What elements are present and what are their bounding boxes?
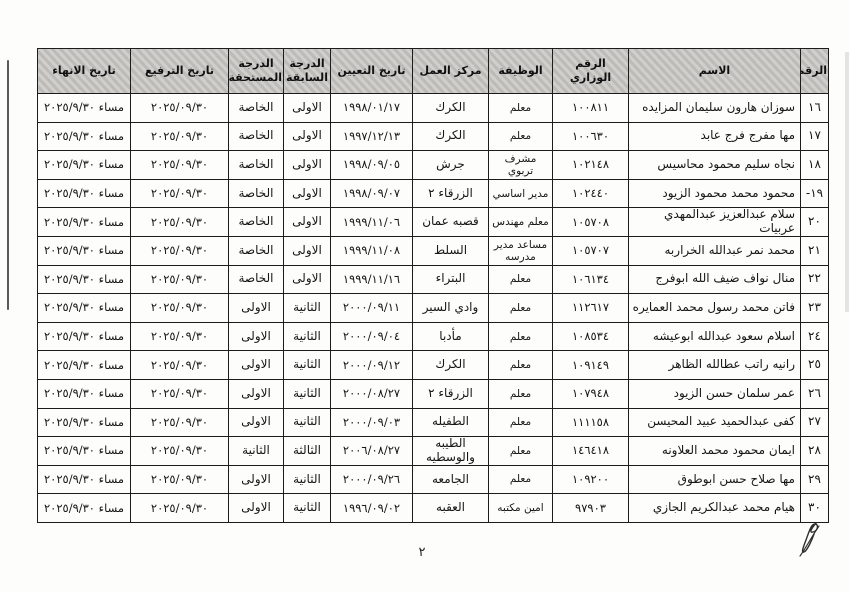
cell-appointment-date: ٢٠٠٠/٠٩/٠٤ bbox=[331, 322, 413, 351]
cell-due-grade: الخاصة bbox=[229, 179, 284, 208]
cell-number: ٢٨ bbox=[801, 437, 829, 466]
cell-promotion-date: ٢٠٢٥/٠٩/٣٠ bbox=[131, 351, 229, 380]
cell-name: رانيه راتب عطالله الظاهر bbox=[629, 351, 801, 380]
cell-ministerial-no: ١٠٥٧٠٨ bbox=[553, 208, 629, 237]
cell-number: ٢٩ bbox=[801, 465, 829, 494]
cell-work-center: جرش bbox=[413, 151, 489, 180]
cell-end-date: مساء ٢٠٢٥/٩/٣٠ bbox=[38, 351, 131, 380]
cell-due-grade: الخاصة bbox=[229, 94, 284, 123]
cell-number: ٢٤ bbox=[801, 322, 829, 351]
cell-previous-grade: الاولى bbox=[284, 122, 331, 151]
cell-due-grade: الخاصة bbox=[229, 236, 284, 265]
cell-work-center: السلط bbox=[413, 236, 489, 265]
cell-appointment-date: ٢٠٠٦/٠٨/٢٧ bbox=[331, 437, 413, 466]
cell-job: امين مكتبه bbox=[489, 494, 553, 523]
cell-ministerial-no: ١٠٨٥٣٤ bbox=[553, 322, 629, 351]
cell-job: معلم bbox=[489, 408, 553, 437]
cell-promotion-date: ٢٠٢٥/٠٩/٣٠ bbox=[131, 379, 229, 408]
cell-name: كفى عبدالحميد عبيد المحيسن bbox=[629, 408, 801, 437]
cell-work-center: الزرقاء ٢ bbox=[413, 179, 489, 208]
cell-ministerial-no: ١٠٧٩٤٨ bbox=[553, 379, 629, 408]
cell-job: معلم bbox=[489, 437, 553, 466]
cell-promotion-date: ٢٠٢٥/٠٩/٣٠ bbox=[131, 294, 229, 323]
header-work-center: مركز العمل bbox=[413, 49, 489, 94]
cell-due-grade: الخاصة bbox=[229, 208, 284, 237]
cell-name: نجاه سليم محمود محاسيس bbox=[629, 151, 801, 180]
cell-job: مساعد مدير مدرسه bbox=[489, 236, 553, 265]
cell-previous-grade: الثانية bbox=[284, 408, 331, 437]
cell-end-date: مساء ٢٠٢٥/٩/٣٠ bbox=[38, 322, 131, 351]
cell-due-grade: الاولى bbox=[229, 379, 284, 408]
cell-previous-grade: الثانية bbox=[284, 465, 331, 494]
cell-promotion-date: ٢٠٢٥/٠٩/٣٠ bbox=[131, 151, 229, 180]
cell-due-grade: الاولى bbox=[229, 408, 284, 437]
cell-appointment-date: ١٩٩٨/٠٩/٠٥ bbox=[331, 151, 413, 180]
scan-edge-artifact-right bbox=[845, 52, 849, 312]
cell-number: ٢١ bbox=[801, 236, 829, 265]
scanned-document-page: الرقم الاسم الرقم الوزاري الوظيفة مركز ا… bbox=[0, 0, 850, 592]
cell-number: ٢٣ bbox=[801, 294, 829, 323]
header-previous-grade: الدرجة السابقة bbox=[284, 49, 331, 94]
cell-number: ٢٥ bbox=[801, 351, 829, 380]
cell-end-date: مساء ٢٠٢٥/٩/٣٠ bbox=[38, 208, 131, 237]
cell-ministerial-no: ١٠٦١٣٤ bbox=[553, 265, 629, 294]
cell-work-center: مأدبا bbox=[413, 322, 489, 351]
cell-work-center: الكرك bbox=[413, 94, 489, 123]
cell-work-center: الزرقاء ٢ bbox=[413, 379, 489, 408]
cell-promotion-date: ٢٠٢٥/٠٩/٣٠ bbox=[131, 265, 229, 294]
cell-work-center: الكرك bbox=[413, 351, 489, 380]
cell-name: اسلام سعود عبدالله ابوعيشه bbox=[629, 322, 801, 351]
cell-job: معلم bbox=[489, 379, 553, 408]
cell-due-grade: الاولى bbox=[229, 351, 284, 380]
cell-end-date: مساء ٢٠٢٥/٩/٣٠ bbox=[38, 265, 131, 294]
header-ministerial-no: الرقم الوزاري bbox=[553, 49, 629, 94]
cell-appointment-date: ١٩٩٦/٠٩/٠٢ bbox=[331, 494, 413, 523]
cell-name: مها مفرج فرج عابد bbox=[629, 122, 801, 151]
cell-name: فاتن محمد رسول محمد العمايره bbox=[629, 294, 801, 323]
cell-promotion-date: ٢٠٢٥/٠٩/٣٠ bbox=[131, 322, 229, 351]
cell-job: مدير اساسي bbox=[489, 179, 553, 208]
cell-number: ٢٠ bbox=[801, 208, 829, 237]
cell-job: معلم bbox=[489, 294, 553, 323]
cell-end-date: مساء ٢٠٢٥/٩/٣٠ bbox=[38, 379, 131, 408]
table-row: ٢٣ فاتن محمد رسول محمد العمايره ١١٢٦١٧ م… bbox=[38, 294, 829, 323]
table-row: ١٨ نجاه سليم محمود محاسيس ١٠٢١٤٨ مشرف تر… bbox=[38, 151, 829, 180]
cell-job: معلم bbox=[489, 122, 553, 151]
cell-appointment-date: ١٩٩٨/٠١/١٧ bbox=[331, 94, 413, 123]
table-row: ٢١ محمد نمر عبدالله الخراربه ١٠٥٧٠٧ مساع… bbox=[38, 236, 829, 265]
cell-previous-grade: الثانية bbox=[284, 494, 331, 523]
cell-name: مها صلاح حسن ابوطوق bbox=[629, 465, 801, 494]
cell-end-date: مساء ٢٠٢٥/٩/٣٠ bbox=[38, 294, 131, 323]
cell-previous-grade: الثانية bbox=[284, 379, 331, 408]
cell-work-center: الكرك bbox=[413, 122, 489, 151]
cell-due-grade: الثانية bbox=[229, 437, 284, 466]
cell-end-date: مساء ٢٠٢٥/٩/٣٠ bbox=[38, 465, 131, 494]
cell-end-date: مساء ٢٠٢٥/٩/٣٠ bbox=[38, 494, 131, 523]
table-row: ٢٠ سلام عبدالعزيز عبدالمهدي عربيات ١٠٥٧٠… bbox=[38, 208, 829, 237]
cell-number: ٢٦ bbox=[801, 379, 829, 408]
cell-job: معلم bbox=[489, 265, 553, 294]
table-row: ٢٩ مها صلاح حسن ابوطوق ١٠٩٢٠٠ معلم الجام… bbox=[38, 465, 829, 494]
cell-work-center: الطيبه والوسطيه bbox=[413, 437, 489, 466]
cell-appointment-date: ١٩٩٩/١١/٠٦ bbox=[331, 208, 413, 237]
cell-ministerial-no: ١٠٩٢٠٠ bbox=[553, 465, 629, 494]
cell-due-grade: الخاصة bbox=[229, 265, 284, 294]
cell-previous-grade: الاولى bbox=[284, 208, 331, 237]
cell-due-grade: الخاصة bbox=[229, 151, 284, 180]
header-name: الاسم bbox=[629, 49, 801, 94]
cell-job: معلم bbox=[489, 465, 553, 494]
cell-previous-grade: الاولى bbox=[284, 94, 331, 123]
cell-appointment-date: ١٩٩٧/١٢/١٣ bbox=[331, 122, 413, 151]
cell-name: سلام عبدالعزيز عبدالمهدي عربيات bbox=[629, 208, 801, 237]
cell-name: ايمان محمود محمد العلاونه bbox=[629, 437, 801, 466]
table-row: ١٦ سوزان هارون سليمان المزايده ١٠٠٨١١ مع… bbox=[38, 94, 829, 123]
table-row: ٢٧ كفى عبدالحميد عبيد المحيسن ١١١١٥٨ معل… bbox=[38, 408, 829, 437]
table-row: ٣٠ هيام محمد عبدالكريم الجازي ٩٧٩٠٣ امين… bbox=[38, 494, 829, 523]
cell-work-center: العقبه bbox=[413, 494, 489, 523]
cell-promotion-date: ٢٠٢٥/٠٩/٣٠ bbox=[131, 437, 229, 466]
cell-ministerial-no: ١٠٥٧٠٧ bbox=[553, 236, 629, 265]
header-end-date: تاريخ الانهاء bbox=[38, 49, 131, 94]
cell-job: معلم مهندس bbox=[489, 208, 553, 237]
cell-work-center: الطفيله bbox=[413, 408, 489, 437]
cell-end-date: مساء ٢٠٢٥/٩/٣٠ bbox=[38, 408, 131, 437]
promotion-roster-table: الرقم الاسم الرقم الوزاري الوظيفة مركز ا… bbox=[37, 48, 829, 523]
cell-appointment-date: ٢٠٠٠/٠٩/١٢ bbox=[331, 351, 413, 380]
table-row: ٢٨ ايمان محمود محمد العلاونه ١٤٦٤١٨ معلم… bbox=[38, 437, 829, 466]
cell-end-date: مساء ٢٠٢٥/٩/٣٠ bbox=[38, 151, 131, 180]
cell-due-grade: الاولى bbox=[229, 494, 284, 523]
signature-mark bbox=[792, 520, 832, 564]
cell-job: معلم bbox=[489, 351, 553, 380]
cell-ministerial-no: ١٠٠٨١١ bbox=[553, 94, 629, 123]
cell-end-date: مساء ٢٠٢٥/٩/٣٠ bbox=[38, 122, 131, 151]
cell-appointment-date: ١٩٩٩/١١/٠٨ bbox=[331, 236, 413, 265]
cell-promotion-date: ٢٠٢٥/٠٩/٣٠ bbox=[131, 179, 229, 208]
header-due-grade: الدرجة المستحقة bbox=[229, 49, 284, 94]
cell-previous-grade: الاولى bbox=[284, 236, 331, 265]
table-row: ٢٤ اسلام سعود عبدالله ابوعيشه ١٠٨٥٣٤ معل… bbox=[38, 322, 829, 351]
cell-previous-grade: الثانية bbox=[284, 294, 331, 323]
cell-appointment-date: ٢٠٠٠/٠٩/٠٣ bbox=[331, 408, 413, 437]
cell-previous-grade: الثانية bbox=[284, 351, 331, 380]
cell-number: ١٩- bbox=[801, 179, 829, 208]
cell-promotion-date: ٢٠٢٥/٠٩/٣٠ bbox=[131, 494, 229, 523]
cell-due-grade: الاولى bbox=[229, 294, 284, 323]
cell-number: ١٧ bbox=[801, 122, 829, 151]
cell-promotion-date: ٢٠٢٥/٠٩/٣٠ bbox=[131, 465, 229, 494]
table-row: ١٩- محمود محمد محمود الزيود ١٠٢٤٤٠ مدير … bbox=[38, 179, 829, 208]
cell-name: محمود محمد محمود الزيود bbox=[629, 179, 801, 208]
cell-ministerial-no: ١٠٠٦٣٠ bbox=[553, 122, 629, 151]
cell-ministerial-no: ١١٢٦١٧ bbox=[553, 294, 629, 323]
cell-name: هيام محمد عبدالكريم الجازي bbox=[629, 494, 801, 523]
cell-end-date: مساء ٢٠٢٥/٩/٣٠ bbox=[38, 236, 131, 265]
cell-ministerial-no: ٩٧٩٠٣ bbox=[553, 494, 629, 523]
cell-previous-grade: الثالثة bbox=[284, 437, 331, 466]
page-number: ٢ bbox=[412, 545, 432, 560]
cell-appointment-date: ٢٠٠٠/٠٩/١١ bbox=[331, 294, 413, 323]
cell-work-center: قصبه عمان bbox=[413, 208, 489, 237]
cell-ministerial-no: ١٠٢١٤٨ bbox=[553, 151, 629, 180]
cell-promotion-date: ٢٠٢٥/٠٩/٣٠ bbox=[131, 94, 229, 123]
cell-name: محمد نمر عبدالله الخراربه bbox=[629, 236, 801, 265]
table-row: ٢٥ رانيه راتب عطالله الظاهر ١٠٩١٤٩ معلم … bbox=[38, 351, 829, 380]
cell-appointment-date: ٢٠٠٠/٠٩/٢٦ bbox=[331, 465, 413, 494]
cell-name: منال نواف ضيف الله ابوفرج bbox=[629, 265, 801, 294]
table-row: ١٧ مها مفرج فرج عابد ١٠٠٦٣٠ معلم الكرك ١… bbox=[38, 122, 829, 151]
table-header-row: الرقم الاسم الرقم الوزاري الوظيفة مركز ا… bbox=[38, 49, 829, 94]
cell-previous-grade: الثانية bbox=[284, 322, 331, 351]
cell-previous-grade: الاولى bbox=[284, 151, 331, 180]
cell-job: معلم bbox=[489, 94, 553, 123]
cell-job: معلم bbox=[489, 322, 553, 351]
cell-appointment-date: ١٩٩٨/٠٩/٠٧ bbox=[331, 179, 413, 208]
cell-name: سوزان هارون سليمان المزايده bbox=[629, 94, 801, 123]
cell-number: ١٦ bbox=[801, 94, 829, 123]
cell-due-grade: الاولى bbox=[229, 465, 284, 494]
table-row: ٢٦ عمر سلمان حسن الزيود ١٠٧٩٤٨ معلم الزر… bbox=[38, 379, 829, 408]
cell-end-date: مساء ٢٠٢٥/٩/٣٠ bbox=[38, 94, 131, 123]
cell-ministerial-no: ١٠٢٤٤٠ bbox=[553, 179, 629, 208]
cell-job: مشرف تربوي bbox=[489, 151, 553, 180]
cell-ministerial-no: ١٠٩١٤٩ bbox=[553, 351, 629, 380]
header-appointment-date: تاريخ التعيين bbox=[331, 49, 413, 94]
cell-promotion-date: ٢٠٢٥/٠٩/٣٠ bbox=[131, 208, 229, 237]
cell-previous-grade: الاولى bbox=[284, 179, 331, 208]
table-row: ٢٢ منال نواف ضيف الله ابوفرج ١٠٦١٣٤ معلم… bbox=[38, 265, 829, 294]
cell-promotion-date: ٢٠٢٥/٠٩/٣٠ bbox=[131, 122, 229, 151]
cell-appointment-date: ٢٠٠٠/٠٨/٢٧ bbox=[331, 379, 413, 408]
cell-work-center: الجامعه bbox=[413, 465, 489, 494]
cell-end-date: مساء ٢٠٢٥/٩/٣٠ bbox=[38, 437, 131, 466]
cell-name: عمر سلمان حسن الزيود bbox=[629, 379, 801, 408]
cell-number: ٣٠ bbox=[801, 494, 829, 523]
header-promotion-date: تاريخ الترفيع bbox=[131, 49, 229, 94]
cell-promotion-date: ٢٠٢٥/٠٩/٣٠ bbox=[131, 408, 229, 437]
cell-appointment-date: ١٩٩٩/١١/١٦ bbox=[331, 265, 413, 294]
cell-work-center: البتراء bbox=[413, 265, 489, 294]
cell-ministerial-no: ١٤٦٤١٨ bbox=[553, 437, 629, 466]
cell-number: ٢٢ bbox=[801, 265, 829, 294]
scan-edge-artifact-left bbox=[7, 60, 9, 310]
cell-due-grade: الاولى bbox=[229, 322, 284, 351]
cell-number: ٢٧ bbox=[801, 408, 829, 437]
cell-number: ١٨ bbox=[801, 151, 829, 180]
header-number: الرقم bbox=[801, 49, 829, 94]
cell-promotion-date: ٢٠٢٥/٠٩/٣٠ bbox=[131, 236, 229, 265]
cell-end-date: مساء ٢٠٢٥/٩/٣٠ bbox=[38, 179, 131, 208]
cell-work-center: وادي السير bbox=[413, 294, 489, 323]
cell-ministerial-no: ١١١١٥٨ bbox=[553, 408, 629, 437]
header-job: الوظيفة bbox=[489, 49, 553, 94]
cell-previous-grade: الاولى bbox=[284, 265, 331, 294]
cell-due-grade: الخاصة bbox=[229, 122, 284, 151]
